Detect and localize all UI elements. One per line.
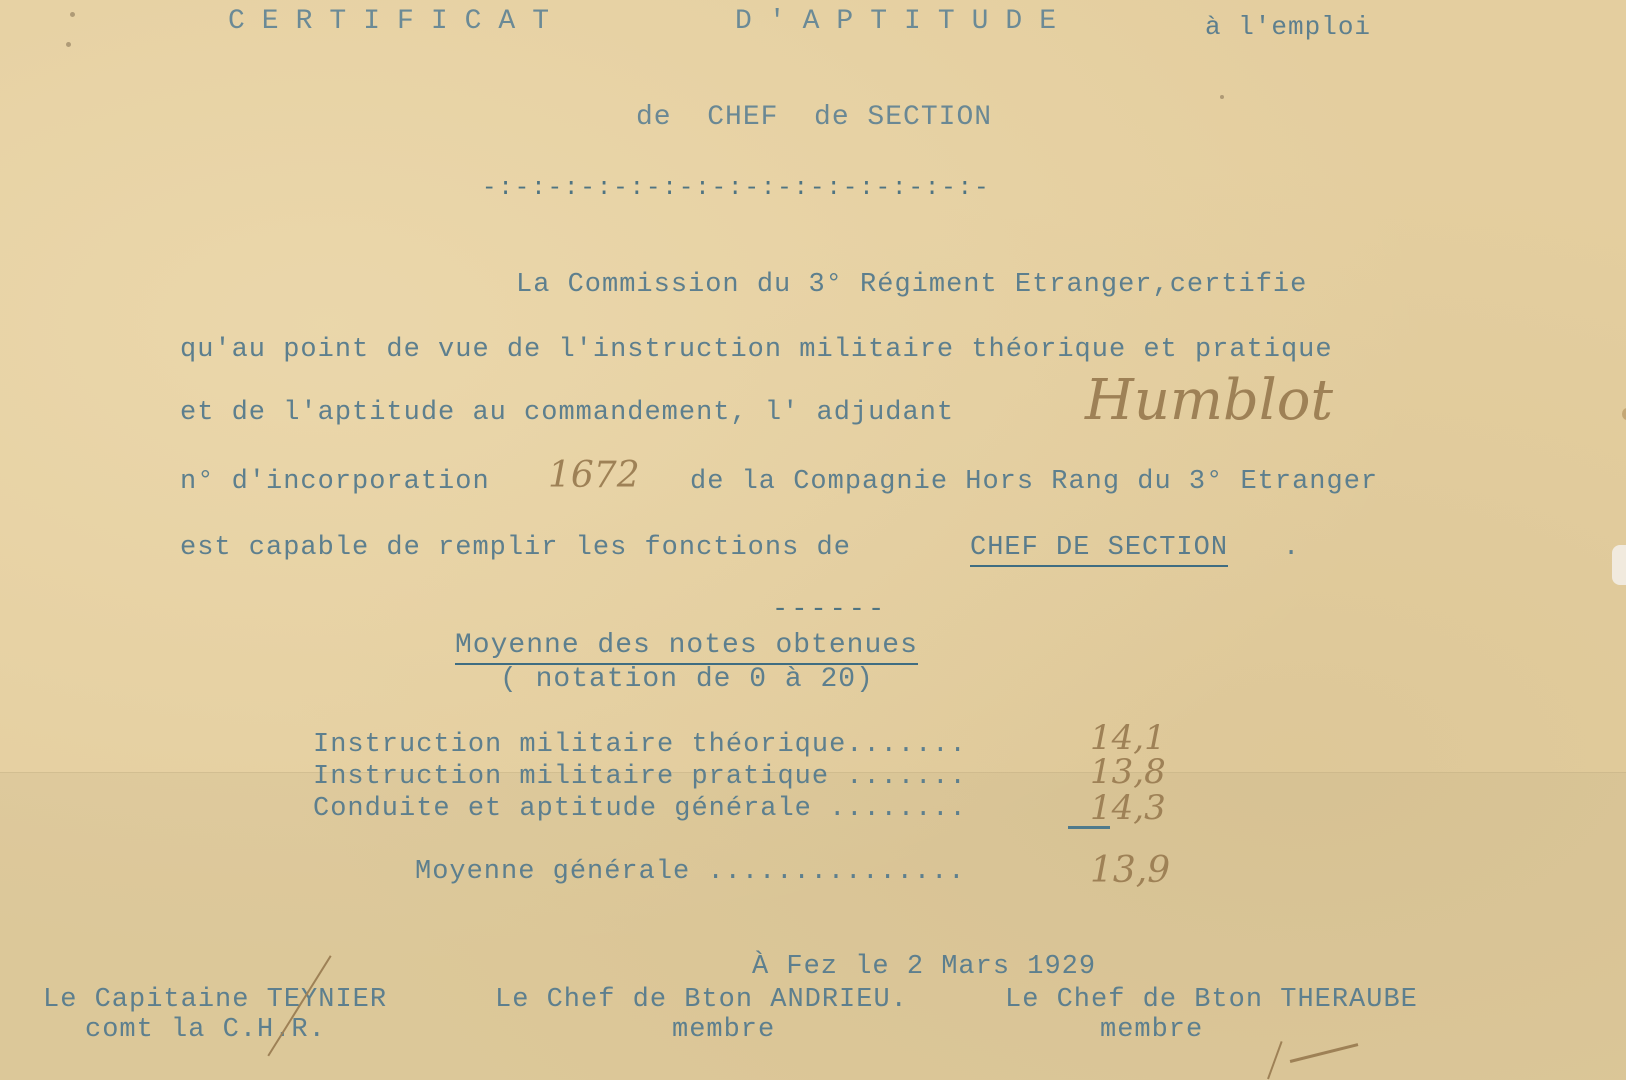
grade-label-conduct: Conduite et aptitude générale ........: [313, 794, 967, 824]
signatory-2-title: Le Chef de Bton ANDRIEU.: [495, 985, 908, 1015]
signatory-1-title: Le Capitaine TEYNIER: [43, 985, 387, 1015]
grade-label-practice: Instruction militaire pratique .......: [313, 762, 967, 792]
signatory-3-title: Le Chef de Bton THERAUBE: [1005, 985, 1418, 1015]
subtitle: de CHEF de SECTION: [636, 102, 992, 133]
function-title: CHEF DE SECTION: [970, 533, 1228, 567]
signatory-3-role: membre: [1100, 1015, 1203, 1045]
grades-heading: Moyenne des notes obtenues: [455, 630, 918, 665]
grade-value-practice: 13,8: [1090, 752, 1166, 792]
title-suffix: à l'emploi: [1205, 12, 1371, 42]
body-line-3: et de l'aptitude au commandement, l' adj…: [180, 398, 954, 428]
paper-tear: [1612, 545, 1626, 585]
paper-speck: [1220, 95, 1224, 99]
average-value: 13,9: [1090, 850, 1170, 891]
signatory-2-role: membre: [672, 1015, 775, 1045]
grade-value-conduct: 14,3: [1090, 788, 1166, 828]
body-line-1: La Commission du 3° Régiment Etranger,ce…: [516, 270, 1307, 300]
conduct-underline: [1068, 826, 1110, 829]
handwritten-name: Humblot: [1085, 368, 1333, 433]
average-label: Moyenne générale ...............: [415, 857, 965, 887]
body-line-5-prefix: est capable de remplir les fonctions de: [180, 533, 851, 563]
grade-label-theory: Instruction militaire théorique.......: [313, 730, 967, 760]
separator-line: -:-:-:-:-:-:-:-:-:-:-:-:-:-:-:-: [482, 175, 990, 202]
title-aptitude: D'APTITUDE: [735, 6, 1073, 37]
grades-scale-note: ( notation de 0 à 20): [500, 664, 874, 695]
paper-stain: [1622, 408, 1626, 420]
place-date: À Fez le 2 Mars 1929: [752, 952, 1096, 982]
body-line-4-prefix: n° d'incorporation: [180, 467, 490, 497]
paper-speck: [66, 42, 71, 47]
paper-speck: [70, 12, 75, 17]
handwritten-incorporation-number: 1672: [548, 455, 640, 496]
body-line-4-suffix: de la Compagnie Hors Rang du 3° Etranger: [690, 467, 1378, 497]
body-line-5-suffix: .: [1283, 533, 1300, 563]
body-line-2: qu'au point de vue de l'instruction mili…: [180, 335, 1333, 365]
title-certificat: CERTIFICAT: [228, 6, 566, 37]
grades-divider: ------: [772, 595, 887, 625]
